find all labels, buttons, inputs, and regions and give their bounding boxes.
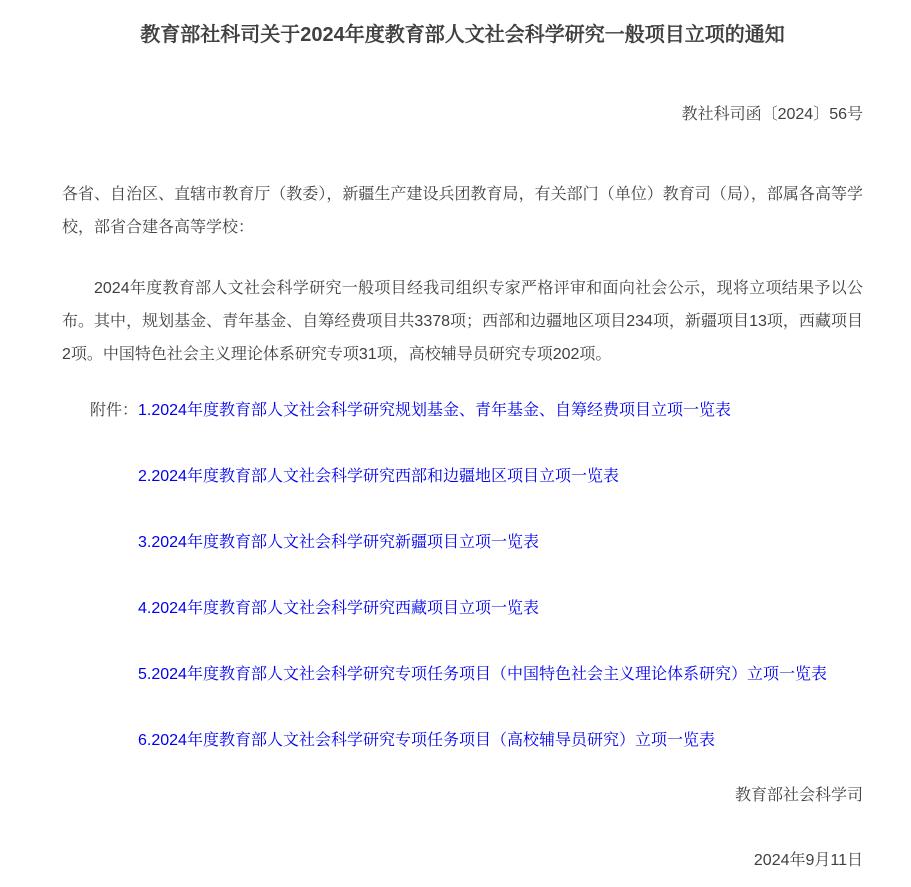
attachment-link-5[interactable]: 5.2024年度教育部人文社会科学研究专项任务项目（中国特色社会主义理论体系研究…	[138, 666, 827, 683]
issue-date: 2024年9月11日	[62, 850, 863, 872]
issuing-department-signature: 教育部社会科学司	[62, 785, 863, 807]
attachment-line-1: 附件：1.2024年度教育部人文社会科学研究规划基金、青年基金、自筹经费项目立项…	[62, 400, 863, 422]
attachment-link-1[interactable]: 1.2024年度教育部人文社会科学研究规划基金、青年基金、自筹经费项目立项一览表	[138, 402, 731, 419]
attachment-link-4[interactable]: 4.2024年度教育部人文社会科学研究西藏项目立项一览表	[138, 600, 539, 617]
salutation-text: 各省、自治区、直辖市教育厅（教委），新疆生产建设兵团教育局，有关部门（单位）教育…	[62, 178, 863, 244]
attachment-line-5: 5.2024年度教育部人文社会科学研究专项任务项目（中国特色社会主义理论体系研究…	[62, 664, 863, 686]
document-number: 教社科司函〔2024〕56号	[62, 105, 863, 125]
body-paragraph: 2024年度教育部人文社会科学研究一般项目经我司组织专家严格评审和面向社会公示，…	[62, 272, 863, 371]
attachment-line-4: 4.2024年度教育部人文社会科学研究西藏项目立项一览表	[62, 598, 863, 620]
attachment-link-2[interactable]: 2.2024年度教育部人文社会科学研究西部和边疆地区项目立项一览表	[138, 468, 619, 485]
attachments-label: 附件：	[90, 402, 138, 419]
attachment-line-6: 6.2024年度教育部人文社会科学研究专项任务项目（高校辅导员研究）立项一览表	[62, 730, 863, 752]
attachment-line-3: 3.2024年度教育部人文社会科学研究新疆项目立项一览表	[62, 532, 863, 554]
attachment-link-3[interactable]: 3.2024年度教育部人文社会科学研究新疆项目立项一览表	[138, 534, 539, 551]
notice-document-page: 教育部社科司关于2024年度教育部人文社会科学研究一般项目立项的通知 教社科司函…	[0, 0, 911, 887]
document-title: 教育部社科司关于2024年度教育部人文社会科学研究一般项目立项的通知	[62, 0, 863, 49]
attachment-line-2: 2.2024年度教育部人文社会科学研究西部和边疆地区项目立项一览表	[62, 466, 863, 488]
attachment-link-6[interactable]: 6.2024年度教育部人文社会科学研究专项任务项目（高校辅导员研究）立项一览表	[138, 732, 715, 749]
